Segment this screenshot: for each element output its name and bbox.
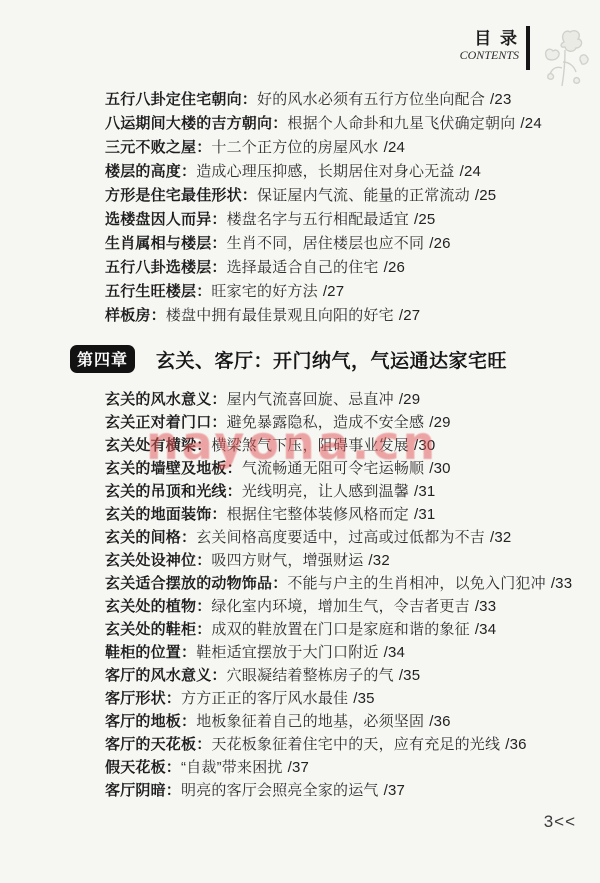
entry-title: 玄关处有横梁： xyxy=(105,437,211,454)
entry-description: 吸四方财气，增强财运 xyxy=(211,552,363,569)
toc-entry: 玄关的间格：玄关间格高度要适中，过高或过低都为不吉/32 xyxy=(105,526,596,549)
entry-page-number: /36 xyxy=(429,713,450,730)
toc-entry: 八运期间大楼的吉方朝向：根据个人命卦和九星飞伏确定朝向/24 xyxy=(105,112,596,136)
toc-entry: 鞋柜的位置：鞋柜适宜摆放于大门口附近/34 xyxy=(105,641,596,664)
entry-description: 地板象征着自己的地基，必须坚固 xyxy=(196,713,424,730)
toc-entry: 五行生旺楼层：旺家宅的好方法/27 xyxy=(105,280,596,304)
entry-page-number: /26 xyxy=(384,259,405,276)
entry-title: 玄关的墙壁及地板： xyxy=(105,460,242,477)
entry-description: 楼盘中拥有最佳景观且向阳的好宅 xyxy=(166,307,394,324)
entry-description: 鞋柜适宜摆放于大门口附近 xyxy=(196,644,378,661)
toc-section-1: 五行八卦定住宅朝向：好的风水必须有五行方位坐向配合/23八运期间大楼的吉方朝向：… xyxy=(105,88,596,328)
toc-entry: 客厅的风水意义：穴眼凝结着整栋房子的气/35 xyxy=(105,664,596,687)
entry-title: 假天花板： xyxy=(105,759,181,776)
entry-description: 天花板象征着住宅中的天，应有充足的光线 xyxy=(211,736,500,753)
toc-entry: 玄关的地面装饰：根据住宅整体装修风格而定/31 xyxy=(105,503,596,526)
toc-entry: 客厅阴暗：明亮的客厅会照亮全家的运气/37 xyxy=(105,779,596,802)
toc-entry: 五行八卦选楼层：选择最适合自己的住宅/26 xyxy=(105,256,596,280)
entry-title: 玄关的地面装饰： xyxy=(105,506,227,523)
toc-entry: 玄关处的鞋柜：成双的鞋放置在门口是家庭和谐的象征/34 xyxy=(105,618,596,641)
entry-page-number: /29 xyxy=(429,414,450,431)
entry-page-number: /32 xyxy=(368,552,389,569)
entry-title: 玄关正对着门口： xyxy=(105,414,227,431)
toc-entry: 样板房：楼盘中拥有最佳景观且向阳的好宅/27 xyxy=(105,304,596,328)
entry-title: 客厅形状： xyxy=(105,690,181,707)
entry-page-number: /27 xyxy=(399,307,420,324)
toc-entry: 五行八卦定住宅朝向：好的风水必须有五行方位坐向配合/23 xyxy=(105,88,596,112)
entry-title: 样板房： xyxy=(105,307,166,324)
entry-description: 光线明亮，让人感到温馨 xyxy=(242,483,409,500)
entry-description: 穴眼凝结着整栋房子的气 xyxy=(227,667,394,684)
toc-entry: 客厅的地板：地板象征着自己的地基，必须坚固/36 xyxy=(105,710,596,733)
entry-description: 十二个正方位的房屋风水 xyxy=(211,139,378,156)
entry-page-number: /24 xyxy=(520,115,541,132)
entry-page-number: /24 xyxy=(384,139,405,156)
entry-page-number: /29 xyxy=(399,391,420,408)
entry-title: 楼层的高度： xyxy=(105,163,196,180)
entry-title: 玄关处的鞋柜： xyxy=(105,621,211,638)
page-title: 目 录 xyxy=(460,30,519,48)
entry-page-number: /25 xyxy=(414,211,435,228)
toc-entry: 玄关处设神位：吸四方财气，增强财运/32 xyxy=(105,549,596,572)
entry-description: 屋内气流喜回旋、忌直冲 xyxy=(227,391,394,408)
entry-description: 横梁煞气下压，阻碍事业发展 xyxy=(211,437,409,454)
entry-page-number: /36 xyxy=(505,736,526,753)
entry-description: 保证屋内气流、能量的正常流动 xyxy=(257,187,470,204)
entry-title: 三元不败之屋： xyxy=(105,139,211,156)
toc-entry: 玄关正对着门口：避免暴露隐私，造成不安全感/29 xyxy=(105,411,596,434)
entry-page-number: /33 xyxy=(475,598,496,615)
entry-page-number: /30 xyxy=(429,460,450,477)
toc-entry: 客厅的天花板：天花板象征着住宅中的天，应有充足的光线/36 xyxy=(105,733,596,756)
entry-description: 根据住宅整体装修风格而定 xyxy=(227,506,409,523)
entry-description: 选择最适合自己的住宅 xyxy=(227,259,379,276)
chapter-heading: 第四章 玄关、客厅：开门纳气，气运通达家宅旺 xyxy=(70,345,507,373)
entry-title: 生肖属相与楼层： xyxy=(105,235,227,252)
toc-entry: 楼层的高度：造成心理压抑感，长期居住对身心无益/24 xyxy=(105,160,596,184)
entry-description: 根据个人命卦和九星飞伏确定朝向 xyxy=(287,115,515,132)
toc-entry: 玄关的吊顶和光线：光线明亮，让人感到温馨/31 xyxy=(105,480,596,503)
entry-page-number: /31 xyxy=(414,483,435,500)
entry-description: 避免暴露隐私，造成不安全感 xyxy=(227,414,425,431)
toc-entry: 玄关处的植物：绿化室内环境，增加生气，令吉者更吉/33 xyxy=(105,595,596,618)
entry-description: 楼盘名字与五行相配最适宜 xyxy=(227,211,409,228)
entry-description: 玄关间格高度要适中，过高或过低都为不吉 xyxy=(196,529,485,546)
entry-page-number: /27 xyxy=(323,283,344,300)
chapter-title: 玄关、客厅：开门纳气，气运通达家宅旺 xyxy=(156,346,507,373)
entry-title: 选楼盘因人而异： xyxy=(105,211,227,228)
toc-entry: 假天花板：“自裁”带来困扰/37 xyxy=(105,756,596,779)
entry-page-number: /31 xyxy=(414,506,435,523)
entry-description: 气流畅通无阻可令宅运畅顺 xyxy=(242,460,424,477)
entry-description: 旺家宅的好方法 xyxy=(211,283,317,300)
toc-entry: 玄关的墙壁及地板：气流畅通无阻可令宅运畅顺/30 xyxy=(105,457,596,480)
toc-entry: 选楼盘因人而异：楼盘名字与五行相配最适宜/25 xyxy=(105,208,596,232)
toc-section-2: 玄关的风水意义：屋内气流喜回旋、忌直冲/29玄关正对着门口：避免暴露隐私，造成不… xyxy=(105,388,596,802)
entry-title: 客厅阴暗： xyxy=(105,782,181,799)
toc-entry: 三元不败之屋：十二个正方位的房屋风水/24 xyxy=(105,136,596,160)
entry-title: 八运期间大楼的吉方朝向： xyxy=(105,115,287,132)
entry-description: 明亮的客厅会照亮全家的运气 xyxy=(181,782,379,799)
chapter-label-badge: 第四章 xyxy=(70,345,135,373)
entry-title: 玄关的间格： xyxy=(105,529,196,546)
entry-page-number: /26 xyxy=(429,235,450,252)
toc-entry: 玄关处有横梁：横梁煞气下压，阻碍事业发展/30 xyxy=(105,434,596,457)
entry-page-number: /34 xyxy=(384,644,405,661)
entry-page-number: /23 xyxy=(490,91,511,108)
entry-page-number: /34 xyxy=(475,621,496,638)
entry-page-number: /30 xyxy=(414,437,435,454)
entry-title: 客厅的地板： xyxy=(105,713,196,730)
entry-page-number: /35 xyxy=(353,690,374,707)
page-title-english: CONTENTS xyxy=(460,48,519,62)
entry-description: 好的风水必须有五行方位坐向配合 xyxy=(257,91,485,108)
entry-page-number: /37 xyxy=(288,759,309,776)
entry-page-number: /33 xyxy=(551,575,572,592)
entry-title: 玄关处设神位： xyxy=(105,552,211,569)
entry-page-number: /32 xyxy=(490,529,511,546)
header-divider-bar xyxy=(526,26,530,70)
entry-page-number: /37 xyxy=(384,782,405,799)
entry-description: 成双的鞋放置在门口是家庭和谐的象征 xyxy=(211,621,469,638)
toc-entry: 生肖属相与楼层：生肖不同，居住楼层也应不同/26 xyxy=(105,232,596,256)
entry-description: “自裁”带来困扰 xyxy=(181,759,283,776)
toc-entry: 玄关适合摆放的动物饰品：不能与户主的生肖相冲，以免入门犯冲/33 xyxy=(105,572,596,595)
entry-title: 客厅的天花板： xyxy=(105,736,211,753)
entry-description: 生肖不同，居住楼层也应不同 xyxy=(227,235,425,252)
entry-title: 玄关处的植物： xyxy=(105,598,211,615)
toc-entry: 玄关的风水意义：屋内气流喜回旋、忌直冲/29 xyxy=(105,388,596,411)
entry-description: 造成心理压抑感，长期居住对身心无益 xyxy=(196,163,454,180)
entry-description: 不能与户主的生肖相冲，以免入门犯冲 xyxy=(287,575,545,592)
entry-description: 方方正正的客厅风水最佳 xyxy=(181,690,348,707)
entry-description: 绿化室内环境，增加生气，令吉者更吉 xyxy=(211,598,469,615)
entry-page-number: /35 xyxy=(399,667,420,684)
entry-title: 玄关的风水意义： xyxy=(105,391,227,408)
page-number: 3<< xyxy=(544,812,576,832)
entry-title: 五行八卦选楼层： xyxy=(105,259,227,276)
entry-page-number: /24 xyxy=(460,163,481,180)
entry-title: 五行八卦定住宅朝向： xyxy=(105,91,257,108)
toc-entry: 方形是住宅最佳形状：保证屋内气流、能量的正常流动/25 xyxy=(105,184,596,208)
header-titles: 目 录 CONTENTS xyxy=(460,26,519,62)
entry-page-number: /25 xyxy=(475,187,496,204)
entry-title: 客厅的风水意义： xyxy=(105,667,227,684)
entry-title: 五行生旺楼层： xyxy=(105,283,211,300)
entry-title: 鞋柜的位置： xyxy=(105,644,196,661)
entry-title: 方形是住宅最佳形状： xyxy=(105,187,257,204)
entry-title: 玄关的吊顶和光线： xyxy=(105,483,242,500)
toc-entry: 客厅形状：方方正正的客厅风水最佳/35 xyxy=(105,687,596,710)
entry-title: 玄关适合摆放的动物饰品： xyxy=(105,575,287,592)
